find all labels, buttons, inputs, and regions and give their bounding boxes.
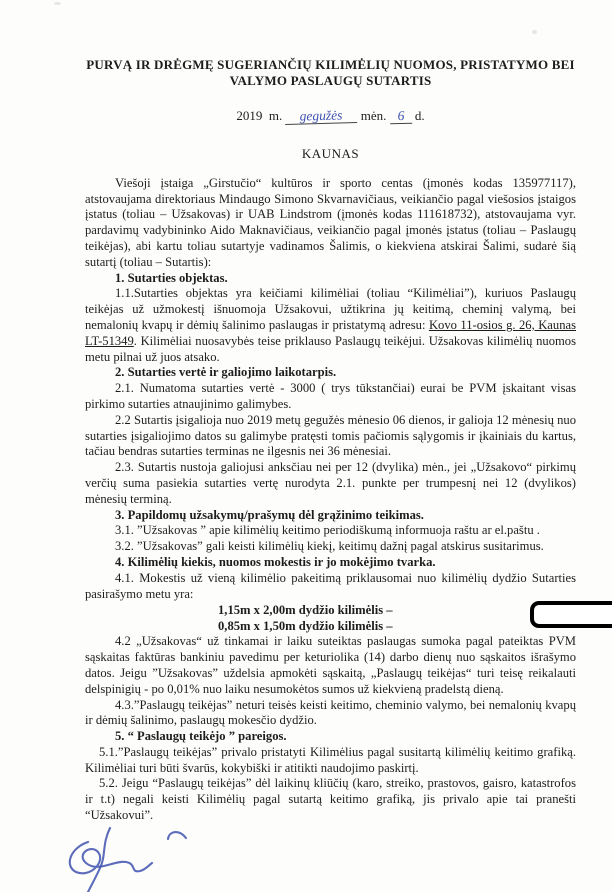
handwritten-month: gegužės [300,107,343,123]
date-line: 2019 m. gegužės mėn. 6 d. [85,108,576,124]
date-men-label: mėn. [361,108,387,123]
contract-page: PURVĄ IR DRĖGMĘ SUGERIANČIŲ KILIMĖLIŲ NU… [0,0,612,892]
section-5-heading: 5. “ Paslaugų teikėjo ” pareigos. [115,729,576,745]
paragraph-3-2: 3.2. ”Užsakovas” gali keisti kilimėlių k… [85,539,576,555]
signature-scrawl [58,822,233,892]
section-5: 5. “ Paslaugų teikėjo ” pareigos. 5.1.”P… [85,729,576,824]
handwritten-day-slot: 6 [389,109,411,125]
redaction-box [530,601,612,628]
paragraph-4-2: 4.2 „Užsakovas“ už tinkamai ir laiku sut… [85,634,576,697]
section-3-heading: 3. Papildomų užsakymų/prašymų dėl grąžin… [115,508,576,524]
document-title: PURVĄ IR DRĖGMĘ SUGERIANČIŲ KILIMĖLIŲ NU… [85,57,576,89]
scan-artifact [54,2,61,5]
paragraph-2-1: 2.1. Numatoma sutarties vertė - 3000 ( t… [85,381,576,413]
paragraph-1-1: 1.1.Sutarties objektas yra keičiami kili… [85,286,576,365]
paragraph-5-1: 5.1.”Paslaugų teikėjas” privalo pristaty… [85,745,576,777]
section-1-heading: 1. Sutarties objektas. [115,271,576,287]
paragraph-1-1-tail: . Kilimėliai nuosavybės teise priklauso … [85,334,576,364]
handwritten-month-slot: gegužės [285,108,357,125]
paragraph-2-3: 2.3. Sutartis nustoja galiojusi anksčiau… [85,460,576,507]
paragraph-4-3: 4.3.”Paslaugų teikėjas” neturi teisės ke… [85,698,576,730]
paragraph-5-2: 5.2. Jeigu “Paslaugų teikėjas” dėl laiki… [85,776,576,823]
section-4-heading: 4. Kilimėlių kiekis, nuomos mokestis ir … [115,555,576,571]
date-d-label: d. [415,108,425,123]
paragraph-3-1: 3.1. ”Užsakovas ” apie kilimėlių keitimo… [85,523,576,539]
section-2-heading: 2. Sutarties vertė ir galiojimo laikotar… [115,365,576,381]
date-m-label: m. [269,108,282,123]
intro-paragraph: Viešoji įstaiga „Girstučio“ kultūros ir … [85,176,576,271]
handwritten-day: 6 [397,108,404,123]
price-line-small-mat: 0,85m x 1,50m dydžio kilimėlis – [218,618,576,634]
scan-artifact [532,30,537,34]
price-list: 1,15m x 2,00m dydžio kilimėlis – 0,85m x… [218,602,576,634]
date-year: 2019 [236,108,262,123]
paragraph-2-2: 2.2 Sutartis įsigalioja nuo 2019 metų ge… [85,413,576,460]
price-line-large-mat: 1,15m x 2,00m dydžio kilimėlis – [218,602,576,618]
city-name: KAUNAS [85,146,576,162]
paragraph-4-1: 4.1. Mokestis už vieną kilimėlio pakeiti… [85,571,576,603]
page-content: PURVĄ IR DRĖGMĘ SUGERIANČIŲ KILIMĖLIŲ NU… [85,0,576,824]
